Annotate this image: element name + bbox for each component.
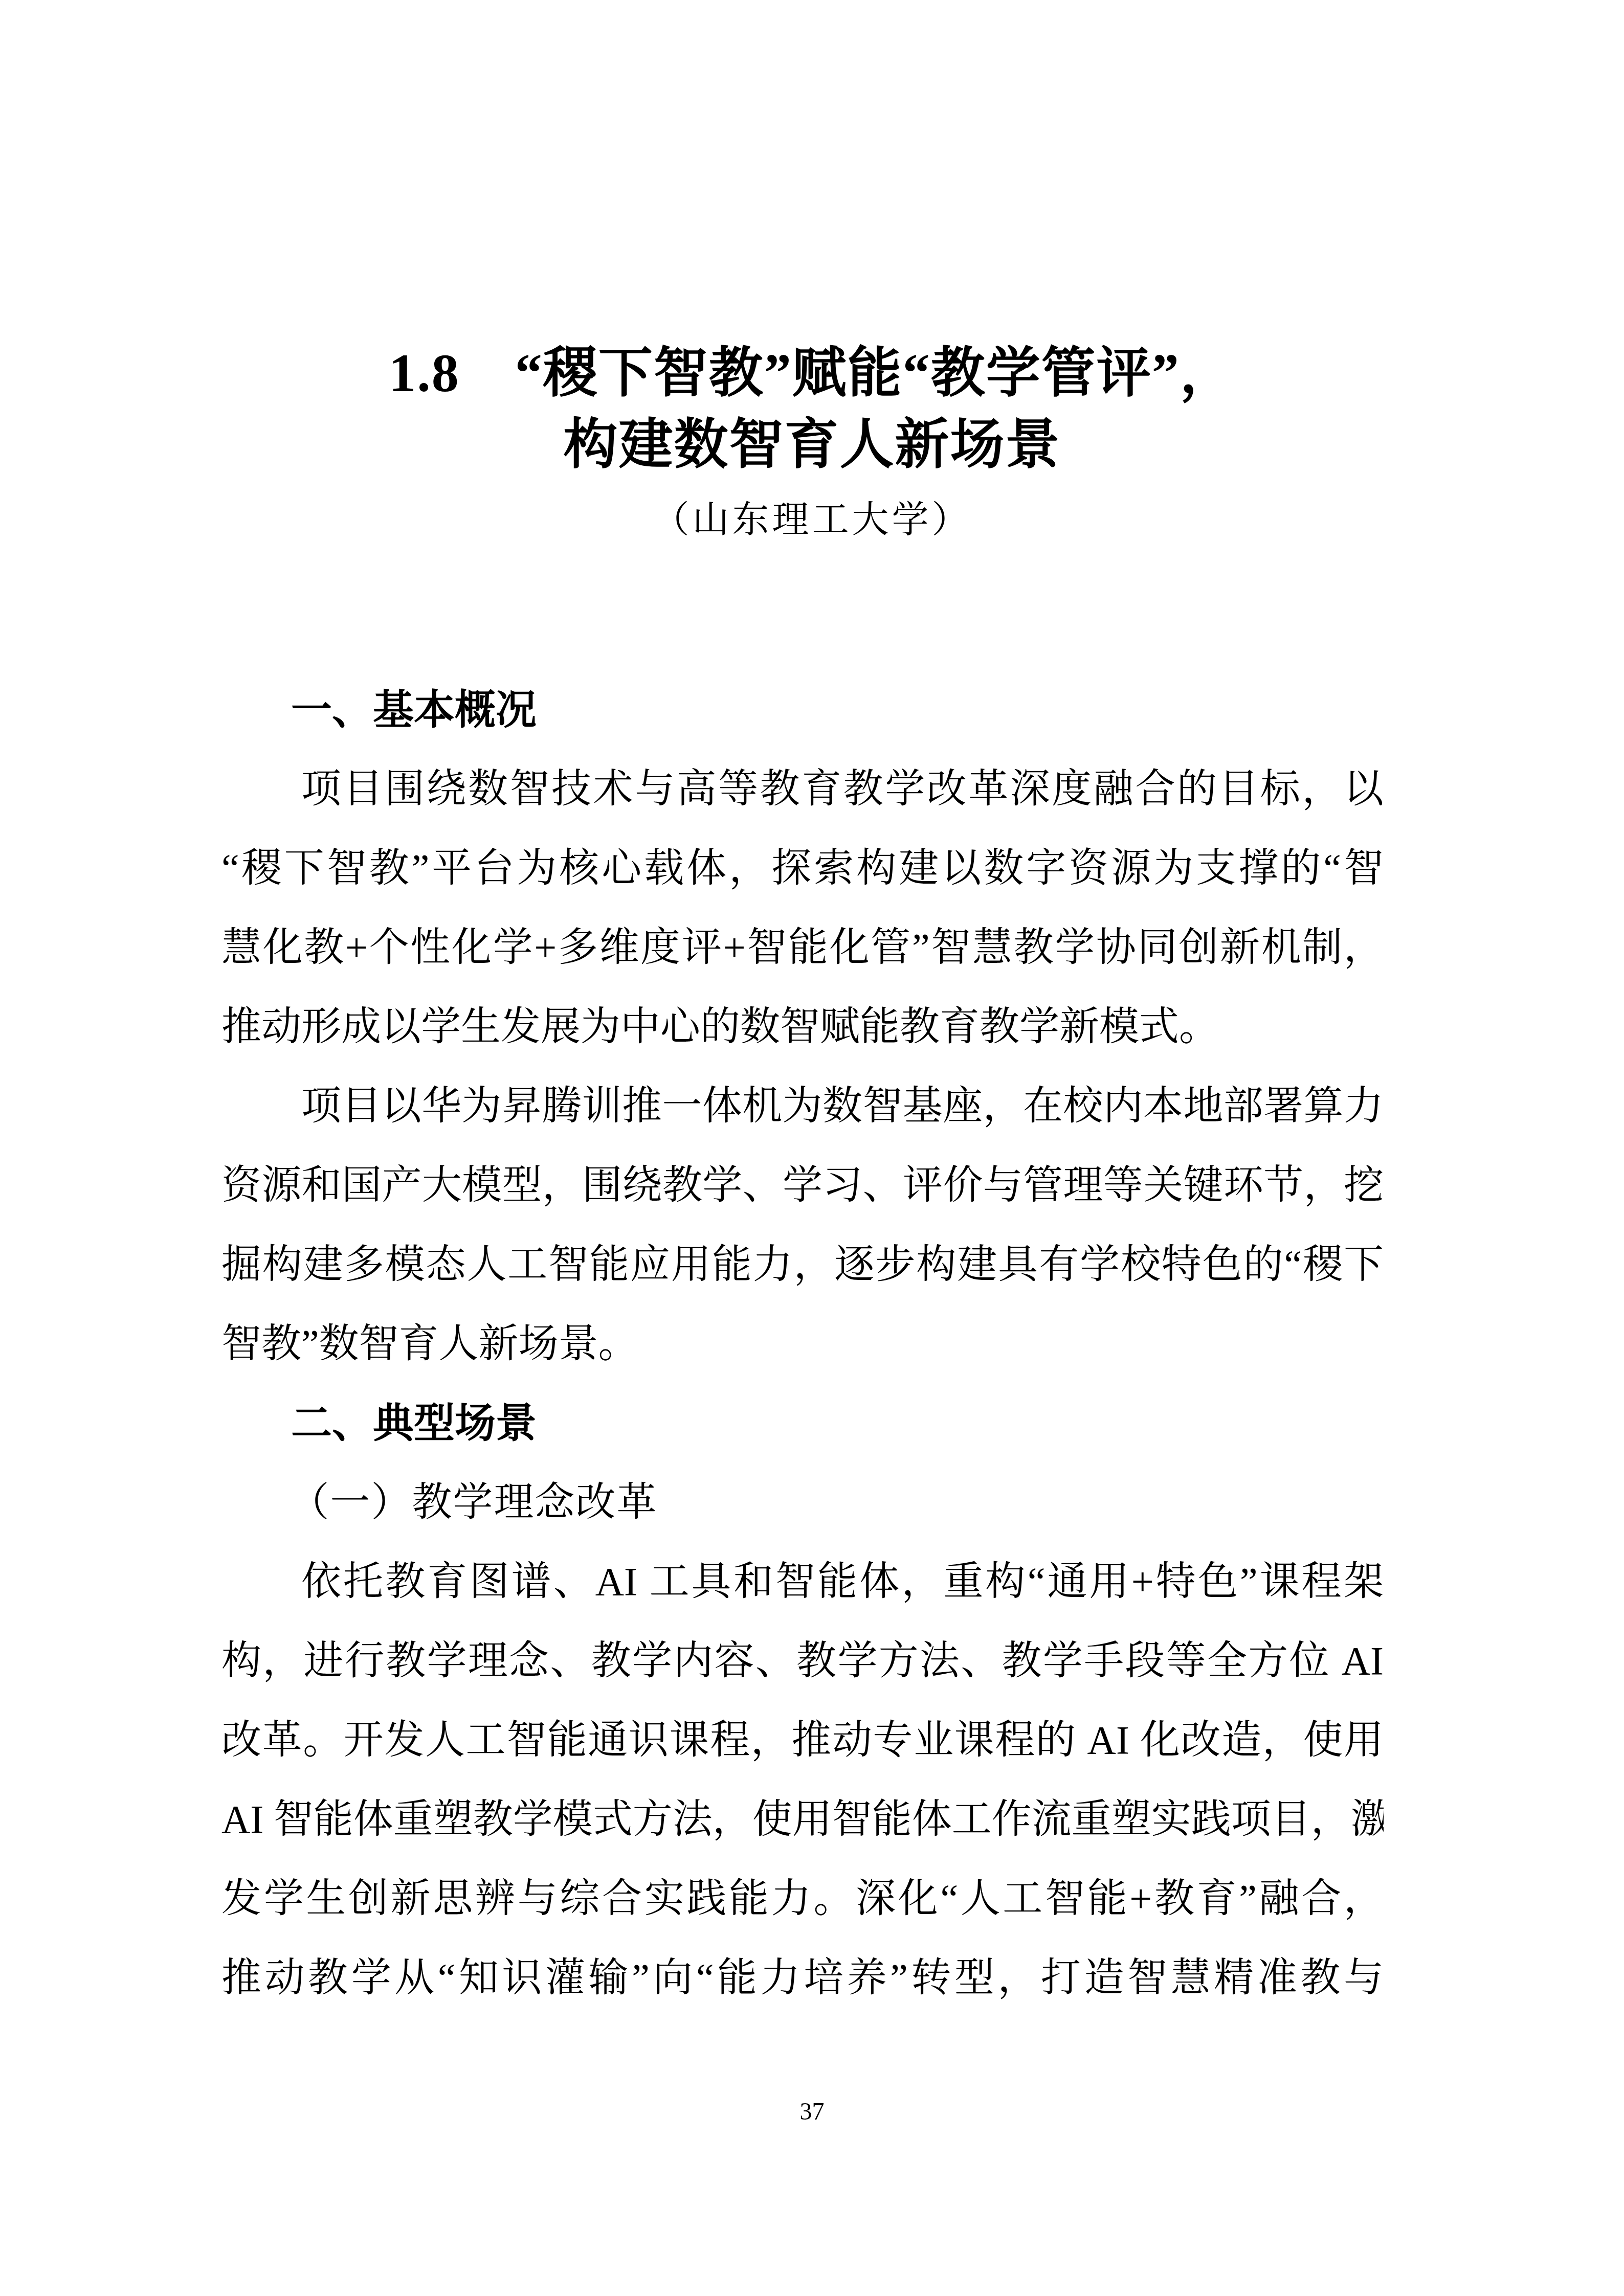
paragraph: 项目以华为昇腾训推一体机为数智基座，在校内本地部署算力 资源和国产大模型，围绕教… xyxy=(221,1066,1384,1383)
body-line: “稷下智教”平台为核心载体，探索构建以数字资源为支撑的“智 xyxy=(221,828,1384,908)
paragraph: 项目围绕数智技术与高等教育教学改革深度融合的目标，以 “稷下智教”平台为核心载体… xyxy=(221,749,1384,1066)
sub-heading: （一）教学理念改革 xyxy=(221,1462,1384,1542)
body-line: 推动形成以学生发展为中心的数智赋能教育教学新模式。 xyxy=(221,987,1384,1066)
body-line: 构，进行教学理念、教学内容、教学方法、教学手段等全方位 AI xyxy=(221,1621,1384,1700)
title-block: 1.8 “稷下智教”赋能“教学管评”， 构建数智育人新场景 （山东理工大学） xyxy=(0,337,1624,545)
body-line: 改革。开发人工智能通识课程，推动专业课程的 AI 化改造，使用 xyxy=(221,1700,1384,1780)
page-number: 37 xyxy=(0,2097,1624,2127)
document-body: 一、基本概况 项目围绕数智技术与高等教育教学改革深度融合的目标，以 “稷下智教”… xyxy=(221,670,1384,2017)
body-line: 掘构建多模态人工智能应用能力，逐步构建具有学校特色的“稷下 xyxy=(221,1225,1384,1304)
paragraph: 依托教育图谱、AI 工具和智能体，重构“通用+特色”课程架 构，进行教学理念、教… xyxy=(221,1542,1384,2017)
body-line: 项目以华为昇腾训推一体机为数智基座，在校内本地部署算力 xyxy=(221,1066,1384,1145)
body-line: 慧化教+个性化学+多维度评+智能化管”智慧教学协同创新机制， xyxy=(221,908,1384,987)
body-line: 资源和国产大模型，围绕教学、学习、评价与管理等关键环节，挖 xyxy=(221,1145,1384,1225)
body-line: 项目围绕数智技术与高等教育教学改革深度融合的目标，以 xyxy=(221,749,1384,828)
document-page: 1.8 “稷下智教”赋能“教学管评”， 构建数智育人新场景 （山东理工大学） 一… xyxy=(0,0,1624,2296)
document-title: 1.8 “稷下智教”赋能“教学管评”， 构建数智育人新场景 xyxy=(0,337,1624,481)
document-title-line1: 1.8 “稷下智教”赋能“教学管评”， xyxy=(389,343,1235,403)
section-heading-2: 二、典型场景 xyxy=(221,1383,1384,1462)
body-line: 发学生创新思辨与综合实践能力。深化“人工智能+教育”融合， xyxy=(221,1859,1384,1938)
section-heading-1: 一、基本概况 xyxy=(221,670,1384,749)
body-line: 智教”数智育人新场景。 xyxy=(221,1304,1384,1383)
body-line: AI 智能体重塑教学模式方法，使用智能体工作流重塑实践项目，激 xyxy=(221,1780,1384,1859)
body-line: 推动教学从“知识灌输”向“能力培养”转型，打造智慧精准教与 xyxy=(221,1938,1384,2017)
document-title-line2: 构建数智育人新场景 xyxy=(564,415,1061,475)
body-line: 依托教育图谱、AI 工具和智能体，重构“通用+特色”课程架 xyxy=(221,1542,1384,1621)
affiliation: （山东理工大学） xyxy=(0,494,1624,545)
